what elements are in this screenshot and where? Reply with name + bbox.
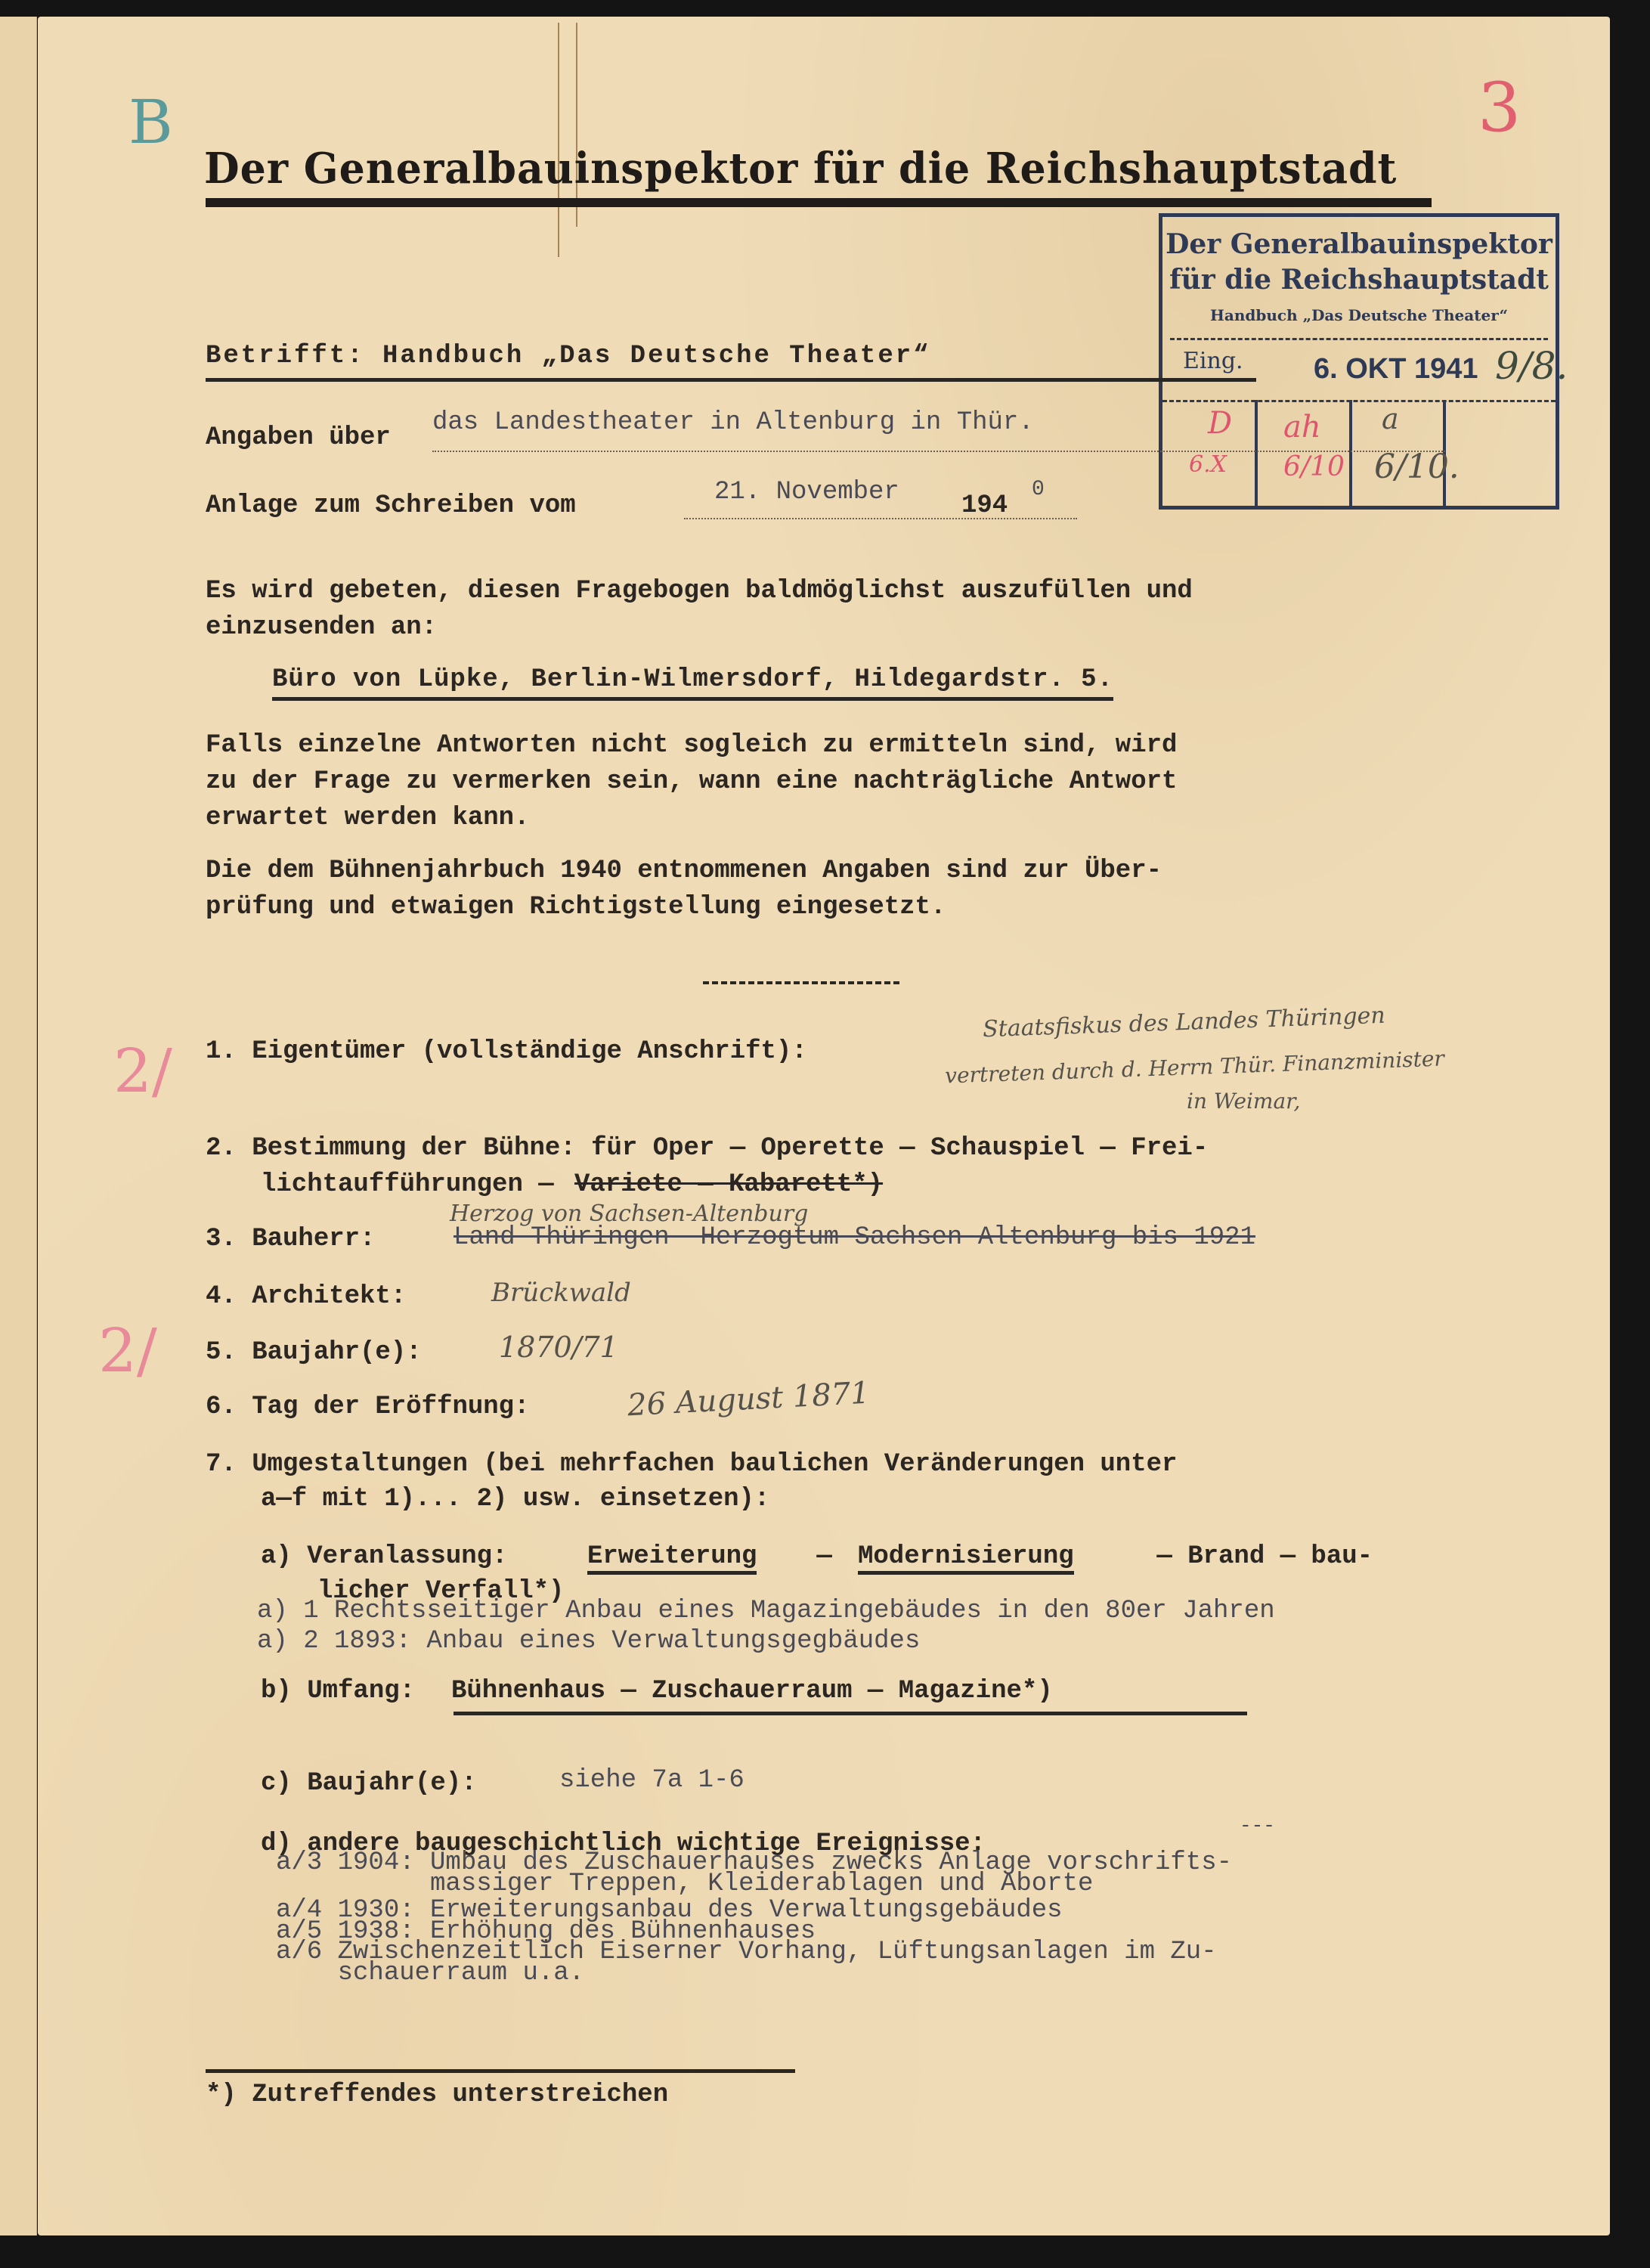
q7c-label: c) Baujahr(e): [261, 1769, 477, 1798]
q7c-value: siehe 7a 1-6 [559, 1766, 745, 1795]
red-check-mark-2: 2/ [98, 1315, 157, 1386]
anlage-label: Anlage zum Schreiben vom [206, 491, 576, 520]
stamp-cell-divider [1255, 400, 1258, 506]
subject-line: Betrifft: Handbuch „Das Deutsche Theater… [206, 342, 931, 370]
q7a-rest: — Brand — bau- [1141, 1542, 1373, 1571]
stamp-cell-divider [1349, 400, 1352, 506]
stamp-cell-3-bottom: 6/10. [1374, 448, 1460, 486]
q7b-value: Bühnenhaus — Zuschauerraum — Magazine*) [451, 1677, 1053, 1706]
red-check-mark-1: 2/ [113, 1036, 172, 1106]
footnote-rule [206, 2069, 795, 2073]
stamp-cell-1-top: D [1208, 406, 1232, 441]
stamp-divider [1170, 338, 1548, 340]
stamp-line-1: Der Generalbauinspektor [1162, 228, 1556, 260]
q2-struck-options: Variete — Kabarett*) [574, 1170, 883, 1199]
stamp-cell-2-top: ah [1283, 410, 1321, 445]
angaben-dotted-line [432, 451, 1445, 452]
stamp-date: 6. OKT 1941 [1314, 353, 1478, 386]
q7a-entry-2: a) 2 1893: Anbau eines Verwaltungsgegbäu… [257, 1627, 920, 1656]
left-page-strip [0, 17, 37, 2235]
q7d-entry-6: a/6 Zwischenzeitlich Eiserner Vorhang, L… [276, 1941, 1217, 1984]
q7b-underline [454, 1712, 1247, 1715]
q7d-entry-3: a/3 1904: Umbau des Zuschauerhauses zwec… [276, 1852, 1232, 1895]
recipient-address: Büro von Lüpke, Berlin-Wilmersdorf, Hild… [272, 665, 1113, 701]
q6-label: 6. Tag der Eröffnung: [206, 1393, 529, 1421]
anlage-value: 21. November [714, 478, 899, 507]
eing-label: Eing. [1183, 348, 1243, 374]
stamp-cell-1-bottom: 6.X [1189, 451, 1227, 478]
intro-paragraph-2: Falls einzelne Antworten nicht sogleich … [206, 727, 1177, 836]
q7a-option-modernisierung: Modernisierung [858, 1542, 1074, 1575]
letterhead-title: Der Generalbauinspektor für die Reichsha… [204, 144, 1397, 194]
paper-fold-line [558, 23, 559, 257]
intro-paragraph-3: Die dem Bühnenjahrbuch 1940 entnommenen … [206, 853, 1162, 925]
q4-answer: Brückwald [491, 1278, 631, 1308]
q4-label: 4. Architekt: [206, 1282, 406, 1311]
margin-mark-left: B [128, 87, 173, 157]
letterhead-rule [206, 198, 1432, 207]
q5-label: 5. Baujahr(e): [206, 1338, 422, 1367]
anlage-dotted-line [684, 518, 1077, 519]
intro-paragraph-1: Es wird gebeten, diesen Fragebogen baldm… [206, 573, 1193, 646]
q2-line1: 2. Bestimmung der Bühne: für Oper — Oper… [206, 1134, 1208, 1163]
angaben-label: Angaben über [206, 423, 391, 452]
section-separator [703, 981, 899, 987]
q7-line2: a—f mit 1)... 2) usw. einsetzen): [261, 1485, 769, 1514]
q3-struck-value: Land Thüringen Herzogtum Sachsen Altenbu… [454, 1223, 1255, 1252]
q7d-dash: --- [1240, 1814, 1275, 1837]
stamp-line-3: Handbuch „Das Deutsche Theater“ [1162, 306, 1556, 324]
q5-answer: 1870/71 [499, 1331, 618, 1364]
margin-mark-right: 3 [1478, 68, 1521, 147]
anlage-year-prefix: 194 [961, 491, 1008, 520]
angaben-value: das Landestheater in Altenburg in Thür. [432, 408, 1034, 437]
stamp-line-2: für die Reichshauptstadt [1162, 264, 1556, 296]
q7a-dash: — [801, 1542, 847, 1571]
stamp-cell-2-bottom: 6/10 [1283, 451, 1345, 482]
q7a-entry-1: a) 1 Rechtsseitiger Anbau eines Magazing… [257, 1597, 1275, 1625]
paper-fold-line [576, 23, 577, 227]
q7b-label: b) Umfang: [261, 1677, 415, 1706]
q7a-label: a) Veranlassung: [261, 1542, 507, 1571]
stamp-handwritten-number: 9/8. [1495, 344, 1568, 388]
footnote-text: *) Zutreffendes unterstreichen [206, 2081, 668, 2109]
q7-line1: 7. Umgestaltungen (bei mehrfachen baulic… [206, 1450, 1177, 1479]
q1-answer-line3: in Weimar, [1187, 1089, 1300, 1114]
q1-label: 1. Eigentümer (vollständige Anschrift): [206, 1037, 807, 1066]
q2-line2: lichtaufführungen — [261, 1170, 569, 1199]
subject-underline [206, 378, 1256, 382]
q7a-option-erweiterung: Erweiterung [587, 1542, 757, 1575]
stamp-divider [1162, 400, 1556, 402]
stamp-cell-3-top: a [1382, 402, 1399, 435]
anlage-year-suffix: 0 [1032, 478, 1045, 501]
q3-label: 3. Bauherr: [206, 1225, 375, 1253]
